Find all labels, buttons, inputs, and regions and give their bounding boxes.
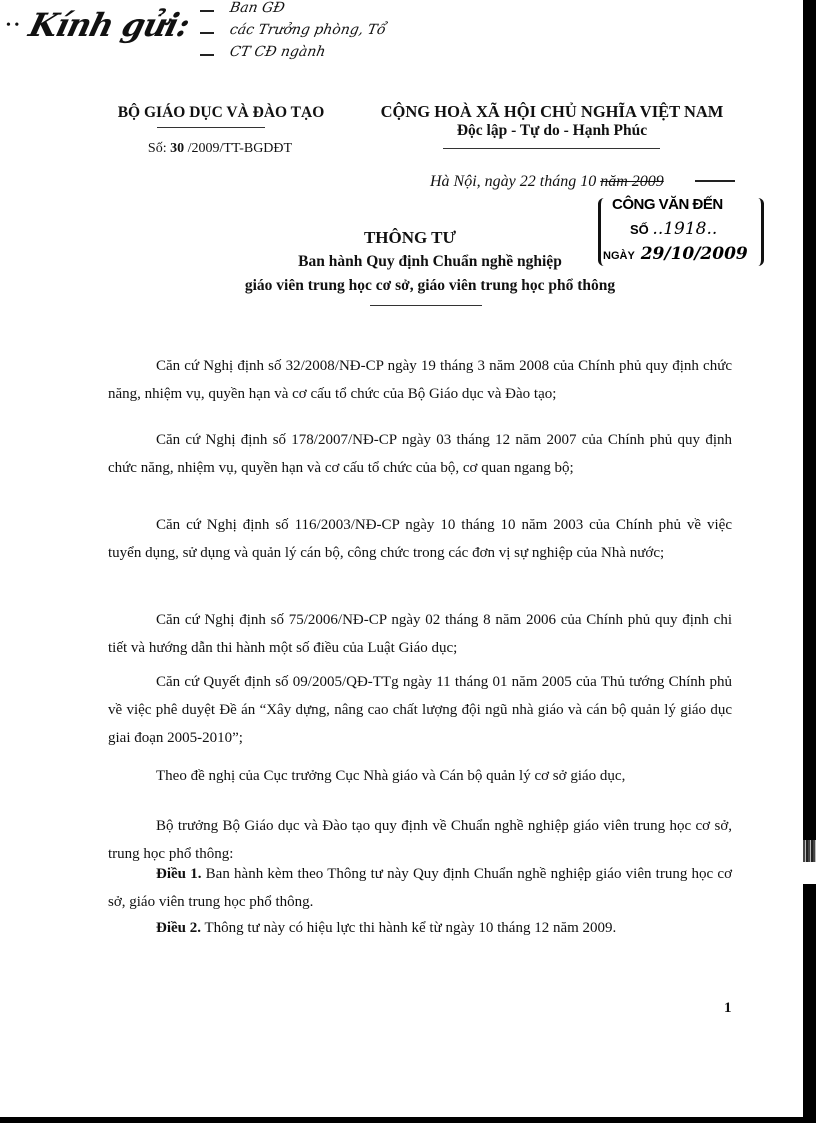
issuing-ministry: BỘ GIÁO DỤC VÀ ĐÀO TẠO bbox=[86, 104, 356, 122]
document-subject-line-2: giáo viên trung học cơ sở, giáo viên tru… bbox=[180, 277, 680, 295]
date-underline bbox=[695, 180, 735, 182]
document-subject-line-1: Ban hành Quy định Chuẩn nghề nghiệp bbox=[180, 253, 680, 271]
preamble-paragraph: Căn cứ Nghị định số 75/2006/NĐ-CP ngày 0… bbox=[108, 606, 732, 662]
national-motto: Độc lập - Tự do - Hạnh Phúc bbox=[362, 122, 742, 140]
scan-edge-gap bbox=[803, 862, 816, 884]
article-1: Điều 1. Ban hành kèm theo Thông tư này Q… bbox=[108, 860, 732, 916]
scan-edge-noise bbox=[803, 840, 816, 862]
stamp-title: CÔNG VĂN ĐẾN bbox=[612, 196, 762, 213]
preamble-paragraph: Căn cứ Quyết định số 09/2005/QĐ-TTg ngày… bbox=[108, 668, 732, 752]
place-date: Hà Nội, ngày 22 tháng 10 năm 2009 bbox=[430, 173, 664, 191]
dash-mark bbox=[200, 32, 214, 34]
dash-mark bbox=[200, 54, 214, 56]
handwritten-dots: • • bbox=[6, 18, 19, 34]
preamble-paragraph: Căn cứ Nghị định số 32/2008/NĐ-CP ngày 1… bbox=[108, 352, 732, 408]
preamble-paragraph: Căn cứ Nghị định số 116/2003/NĐ-CP ngày … bbox=[108, 511, 732, 567]
motto-divider bbox=[443, 148, 660, 149]
handwritten-greeting: Kính gửi: bbox=[25, 6, 193, 44]
national-title: CỘNG HOÀ XÃ HỘI CHỦ NGHĨA VIỆT NAM bbox=[362, 102, 742, 122]
title-divider bbox=[370, 305, 482, 306]
article-2: Điều 2. Thông tư này có hiệu lực thi hàn… bbox=[108, 914, 732, 942]
document-number: Số: 30 /2009/TT-BGDĐT bbox=[105, 141, 335, 157]
scan-edge-right bbox=[803, 0, 816, 1123]
proposal-paragraph: Theo đề nghị của Cục trưởng Cục Nhà giáo… bbox=[108, 762, 732, 790]
preamble-paragraph: Căn cứ Nghị định số 178/2007/NĐ-CP ngày … bbox=[108, 426, 732, 482]
ministry-divider bbox=[157, 127, 265, 128]
stamp-number: SỐ ..1918.. bbox=[630, 219, 717, 239]
page-number: 1 bbox=[724, 1000, 732, 1017]
scan-edge-bottom bbox=[0, 1117, 816, 1123]
dash-mark bbox=[200, 10, 214, 12]
document-type-title: THÔNG TƯ bbox=[200, 228, 620, 248]
scan-edge-line bbox=[803, 886, 816, 888]
